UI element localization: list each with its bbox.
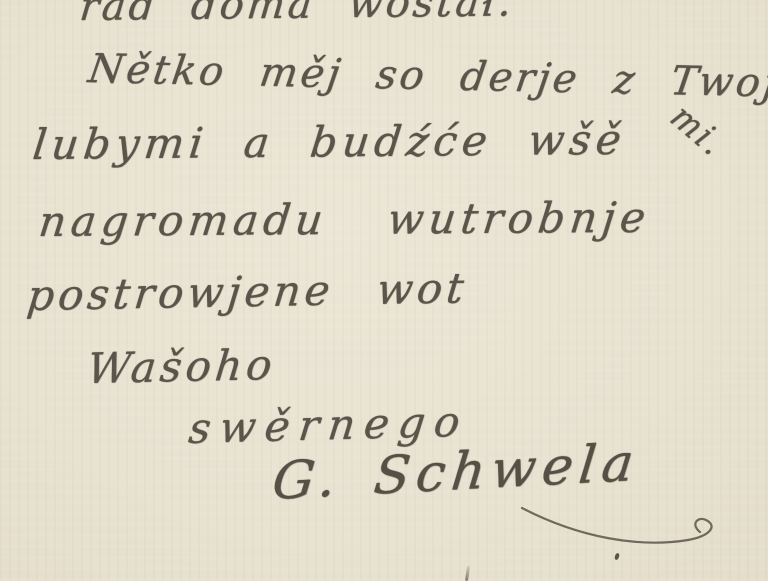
handwritten-line-2: Nětko měj so derje z Twoji — [85, 46, 768, 107]
ink-dot — [614, 553, 620, 561]
handwritten-line-3: lubymi a budźće wšě — [30, 115, 628, 169]
handwritten-line-4: nagromadu wutrobnje — [36, 193, 653, 246]
letter-page: rad doma wóstał. Nětko měj so derje z Tw… — [0, 0, 768, 581]
handwritten-line-1: rad doma wóstał. — [78, 0, 517, 30]
stray-ink-stroke — [465, 566, 470, 581]
signature-flourish — [520, 490, 740, 560]
handwritten-line-2-wrap: mi. — [663, 96, 735, 164]
handwritten-line-5: postrowjene wot — [25, 263, 470, 320]
handwritten-line-6: Wašoho — [85, 340, 278, 393]
